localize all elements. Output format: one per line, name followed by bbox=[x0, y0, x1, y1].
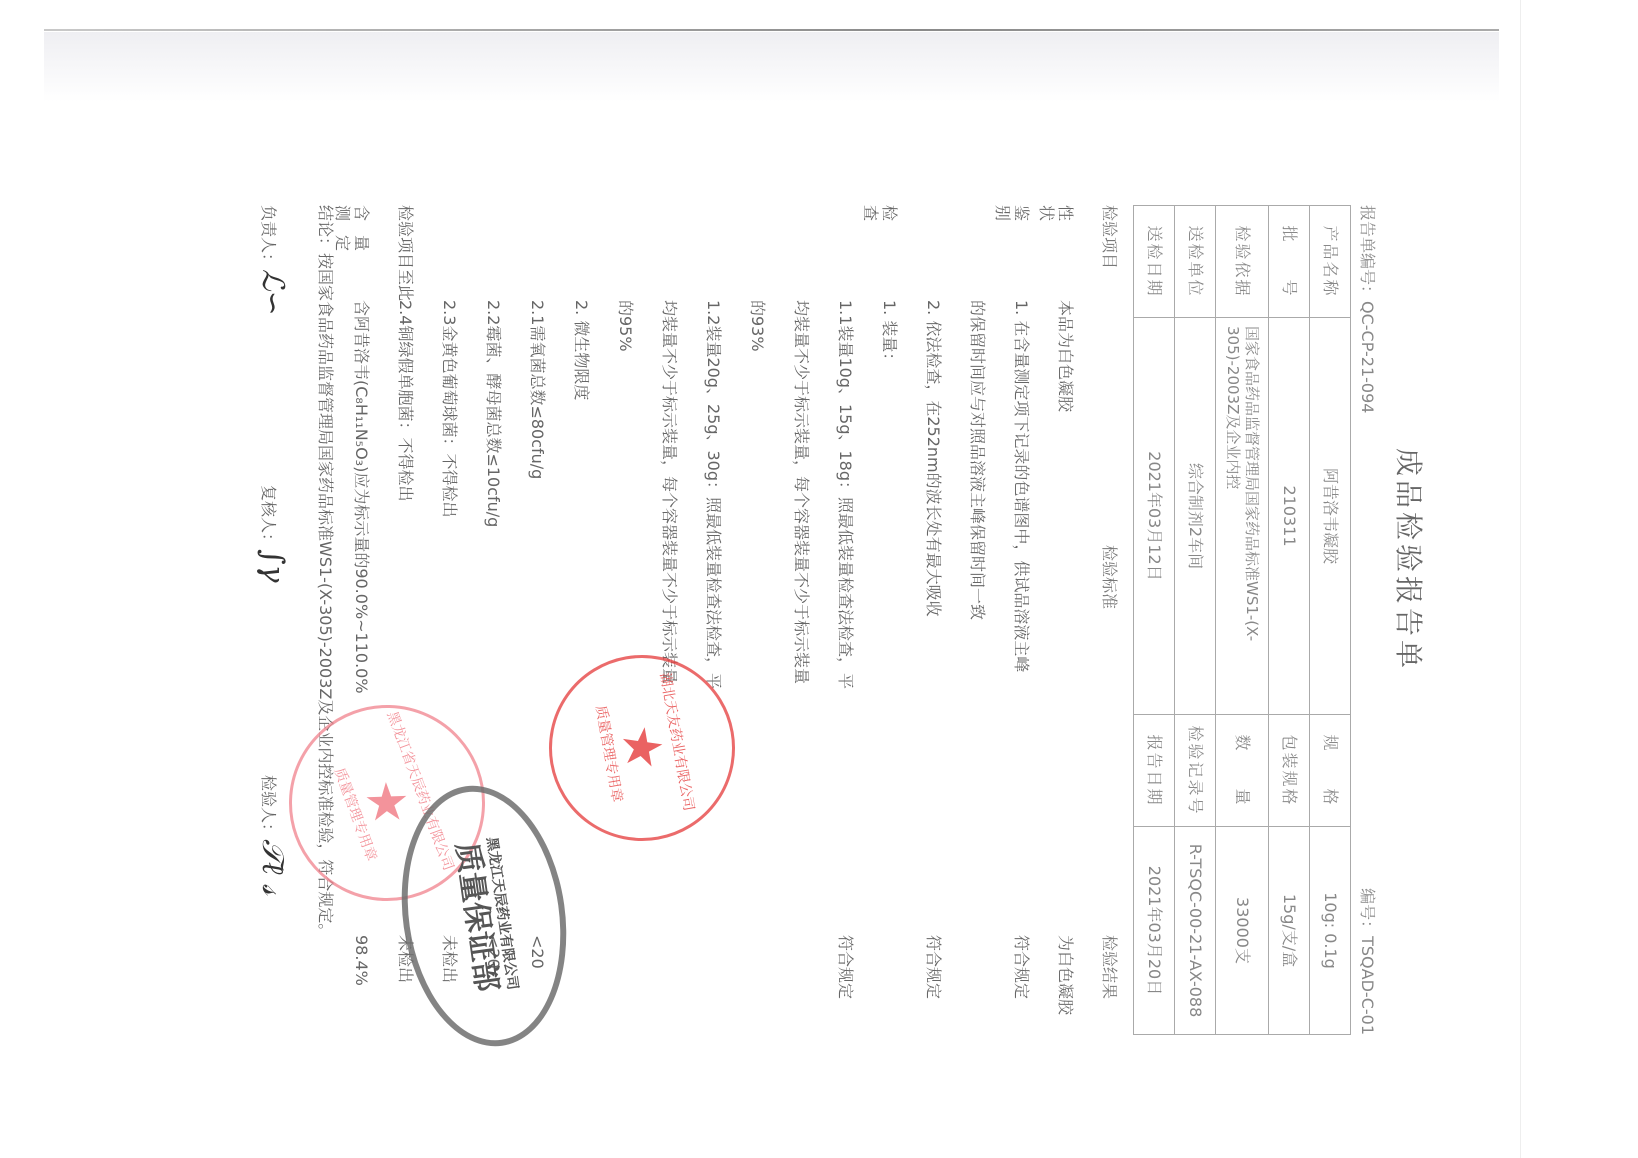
report-number: 报告单编号：QC-CP-21-094 bbox=[1358, 205, 1377, 413]
conclusion: 结论：按国家食品药品监督管理局国家药品标准WS1-(X-305)-2003Z及企… bbox=[316, 205, 335, 1035]
form-number: 编号：TSQAD-C-01 bbox=[1358, 888, 1377, 1035]
submit-unit-value: 综合制剂2车间 bbox=[1175, 318, 1216, 715]
item-standard-line: 2. 依法检查，在252nm的波长处有最大吸收 bbox=[924, 300, 943, 860]
scan-edge-line bbox=[44, 29, 1499, 31]
header-result: 检验结果 bbox=[1100, 935, 1119, 999]
header-standard: 检验标准 bbox=[1100, 545, 1119, 609]
batch-value: 210311 bbox=[1269, 318, 1310, 715]
product-name-label: 产品名称 bbox=[1310, 206, 1351, 318]
item-standard-line: 2.1需氧菌总数≤80cfu/g bbox=[528, 300, 547, 860]
item-standard-line: 1. 在含量测定项下记录的色谱图中，供试品溶液主峰 bbox=[1012, 300, 1031, 860]
product-info-table: 产品名称 阿昔洛韦凝胶 规 格 10g: 0.1g 批 号 210311 包装规… bbox=[1133, 205, 1351, 1035]
reviewer-signature: 复核人：∫γ bbox=[254, 485, 290, 583]
item-result: 为白色凝胶 bbox=[1056, 935, 1075, 1015]
item-key: 鉴 别 bbox=[993, 205, 1031, 285]
package-label: 包装规格 bbox=[1269, 715, 1310, 827]
record-no-label: 检验记录号 bbox=[1175, 715, 1216, 827]
inspector-signature: 检验人：𝒯ℓ 𝓈 bbox=[254, 775, 290, 895]
responsible-signature: 负责人：ℒ∽ bbox=[254, 205, 290, 316]
report-date-value: 2021年03月20日 bbox=[1134, 827, 1175, 1035]
table-row: 送检日期 2021年03月12日 报告日期 2021年03月20日 bbox=[1134, 206, 1175, 1035]
item-key: 性 状 bbox=[1037, 205, 1075, 285]
item-result: 符合规定 bbox=[836, 935, 855, 999]
item-standard-line: 均装量不少于标示装量，每个容器装量不少于标示装量 bbox=[792, 300, 811, 860]
spec-label: 规 格 bbox=[1310, 715, 1351, 827]
table-row: 产品名称 阿昔洛韦凝胶 规 格 10g: 0.1g bbox=[1310, 206, 1351, 1035]
item-key: 含量测定 bbox=[333, 205, 371, 285]
basis-value: 国家食品药品监督管理局国家药品标准WS1-(X-305)-2003Z及企业内控 bbox=[1216, 318, 1269, 715]
item-standard-line: 的93% bbox=[748, 300, 767, 860]
table-row: 批 号 210311 包装规格 15g/支/盒 bbox=[1269, 206, 1310, 1035]
product-name: 阿昔洛韦凝胶 bbox=[1310, 318, 1351, 715]
inspection-report-page: 成品检验报告单 报告单编号：QC-CP-21-094 编号：TSQAD-C-01… bbox=[135, 55, 1555, 1065]
item-standard-line: 2.2霉菌、酵母菌总数≤10cfu/g bbox=[484, 300, 503, 860]
header-item: 检验项目 bbox=[1100, 205, 1119, 269]
spec-value: 10g: 0.1g bbox=[1310, 827, 1351, 1035]
report-date-label: 报告日期 bbox=[1134, 715, 1175, 827]
item-standard-line: 本品为白色凝胶 bbox=[1056, 300, 1075, 860]
table-row: 检验依据 国家食品药品监督管理局国家药品标准WS1-(X-305)-2003Z及… bbox=[1216, 206, 1269, 1035]
basis-label: 检验依据 bbox=[1216, 206, 1269, 318]
quantity-label: 数 量 bbox=[1216, 715, 1269, 827]
item-standard-line: 1.1装量10g、15g、18g：照最低装量检查法检查，平 bbox=[836, 300, 855, 860]
submit-date-value: 2021年03月12日 bbox=[1134, 318, 1175, 715]
package-value: 15g/支/盒 bbox=[1269, 827, 1310, 1035]
table-row: 送检单位 综合制剂2车间 检验记录号 R-TSQC-00-21-AX-088 bbox=[1175, 206, 1216, 1035]
record-no-value: R-TSQC-00-21-AX-088 bbox=[1175, 827, 1216, 1035]
batch-label: 批 号 bbox=[1269, 206, 1310, 318]
item-standard-line: 的保留时间应与对照品溶液主峰保留时间一致 bbox=[968, 300, 987, 860]
item-key: 检 查 bbox=[861, 205, 899, 285]
item-result: 98.4% bbox=[352, 935, 371, 986]
item-standard-line: 1. 装量： bbox=[880, 300, 899, 860]
item-result: 符合规定 bbox=[924, 935, 943, 999]
submit-date-label: 送检日期 bbox=[1134, 206, 1175, 318]
submit-unit-label: 送检单位 bbox=[1175, 206, 1216, 318]
star-icon: ★ bbox=[612, 721, 671, 776]
report-title: 成品检验报告单 bbox=[1391, 55, 1425, 1065]
item-result: 符合规定 bbox=[1012, 935, 1031, 999]
quantity-value: 33000支 bbox=[1216, 827, 1269, 1035]
